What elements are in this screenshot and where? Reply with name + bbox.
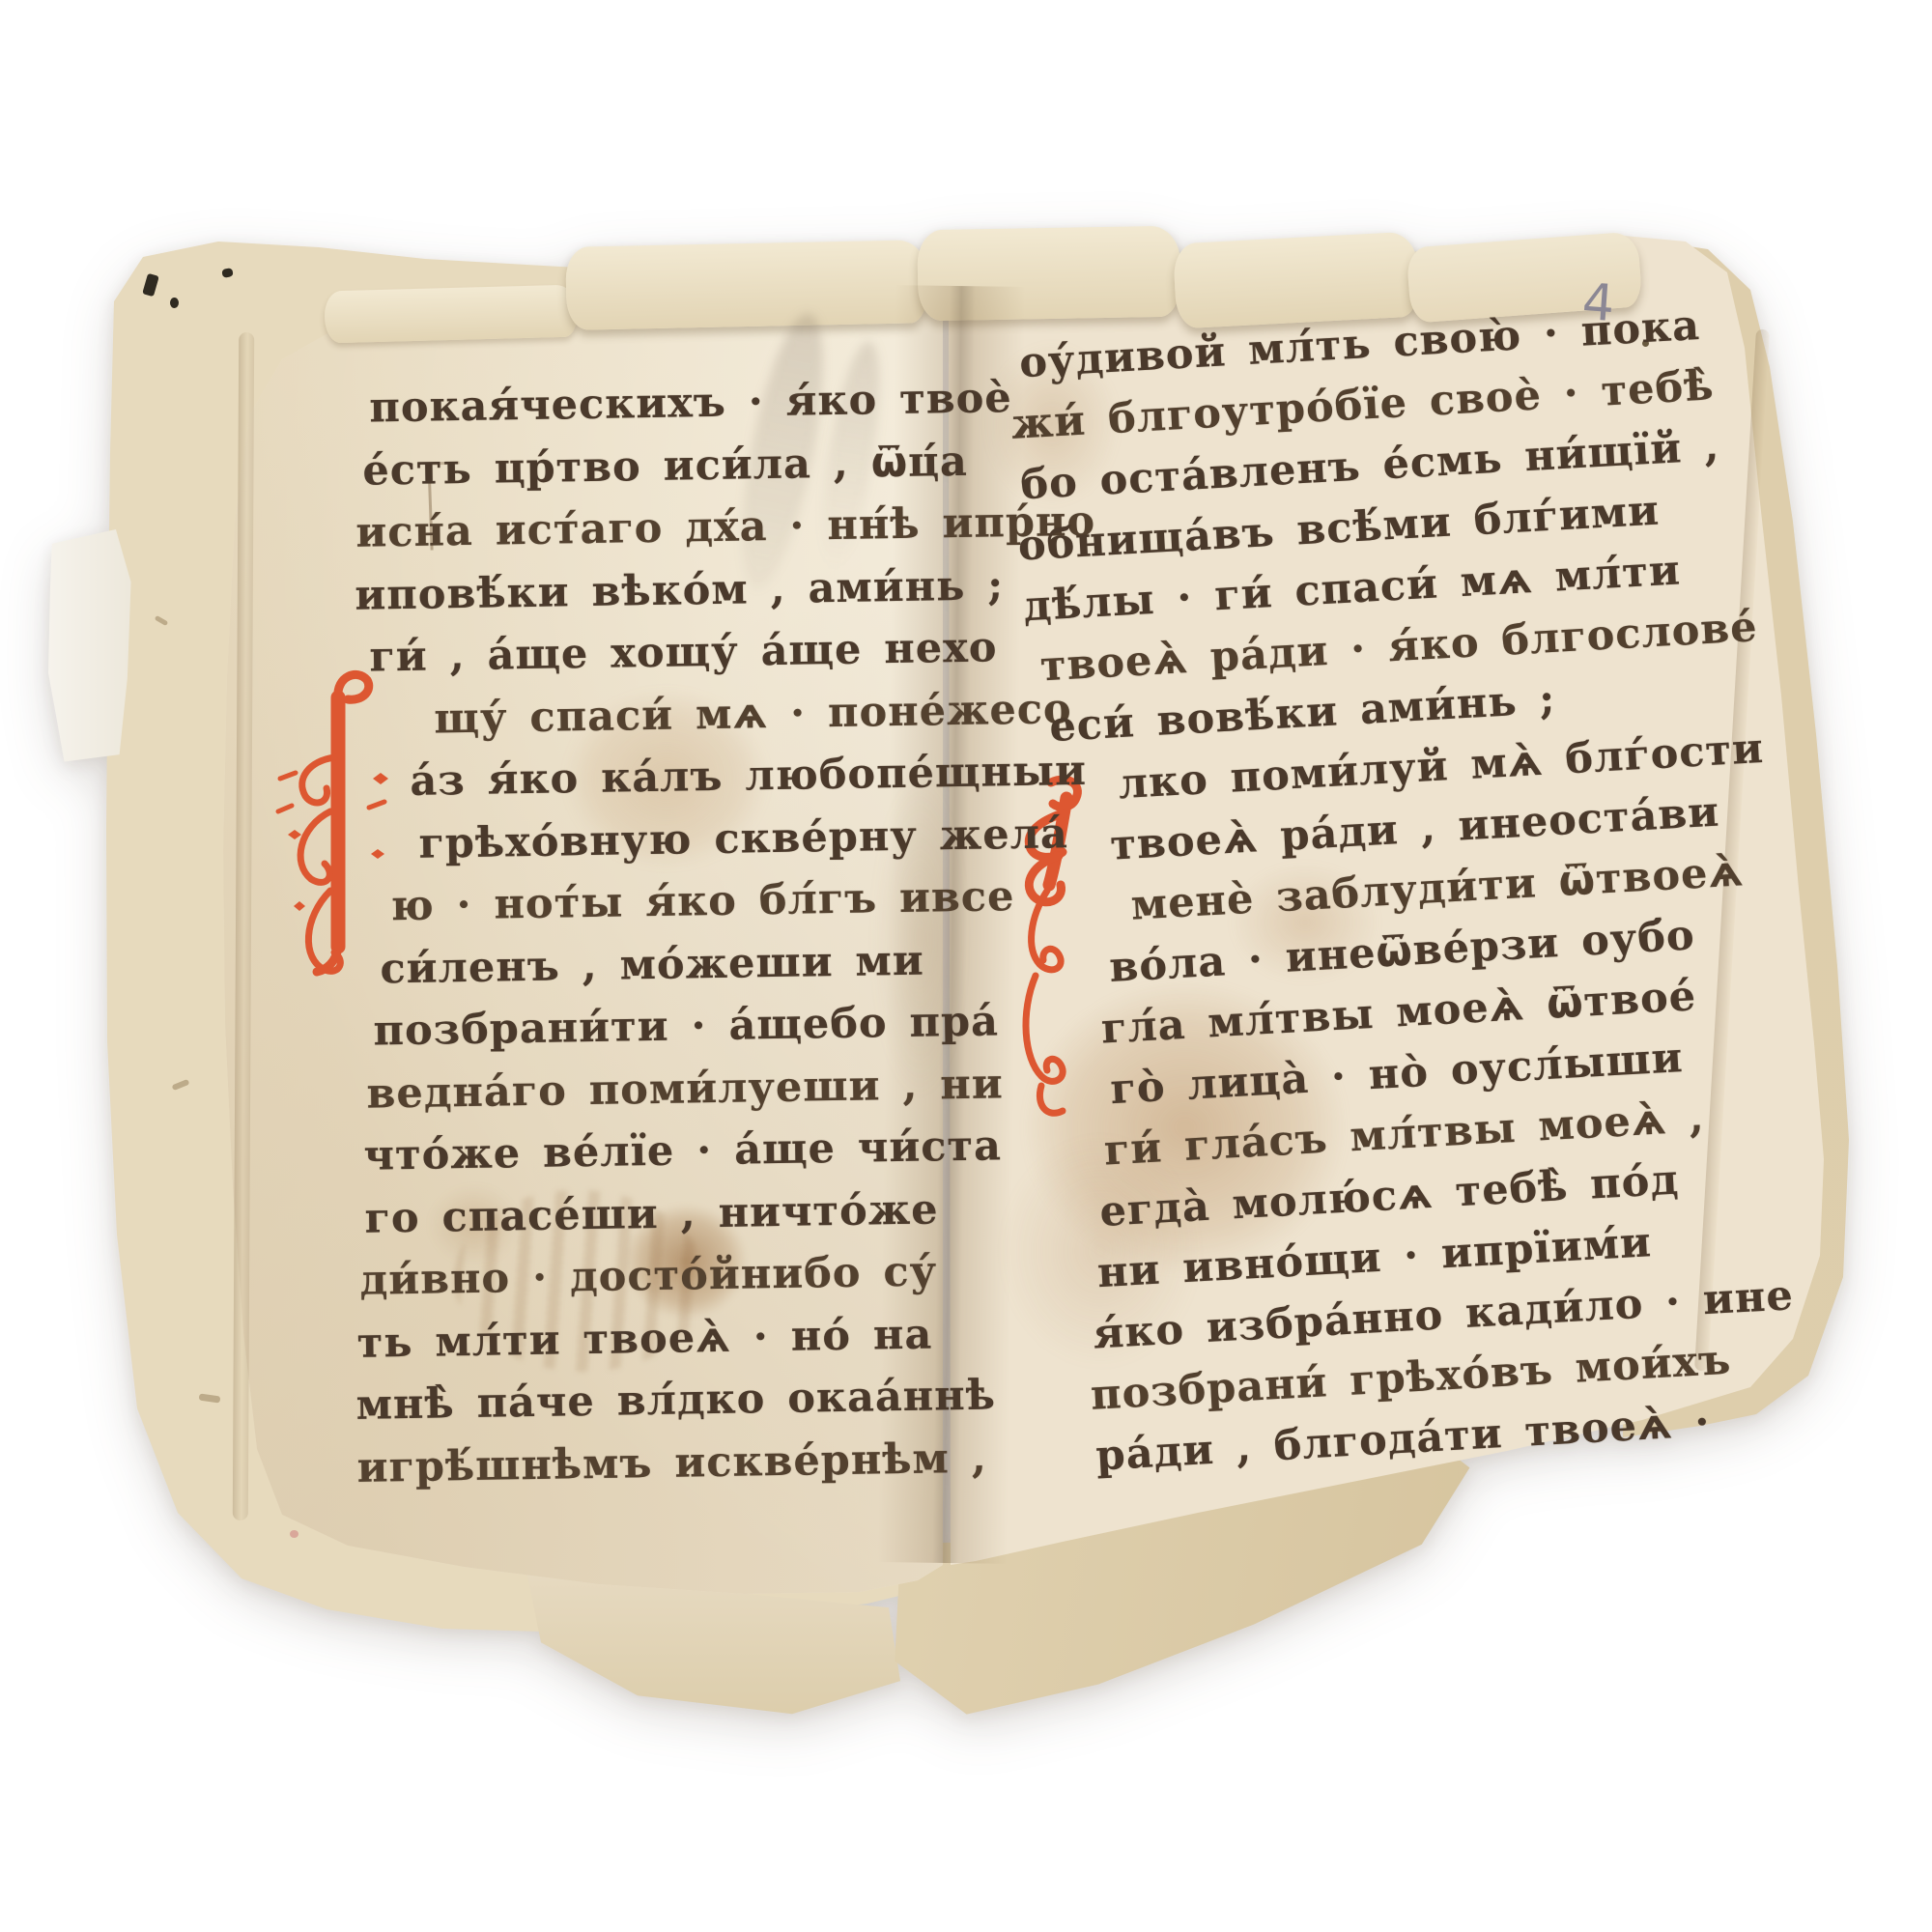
manuscript-line: грѣхо́вную скве́рну жела́ — [418, 810, 1068, 868]
manuscript-line: ведна́го поми́луеши , ни — [366, 1060, 1004, 1118]
pigment-fleck — [290, 1530, 298, 1538]
manuscript-line: иповѣ́ки вѣко́м , ами́нь ; — [355, 561, 1004, 620]
manuscript-line: а́з я́ко ка́лъ любопе́щныи — [410, 747, 1087, 806]
folded-page-edge — [565, 240, 928, 330]
manuscript-line: ги́ , а́ще хощу́ а́ще нехо — [369, 623, 998, 681]
manuscript-line: го спасе́ши , ничто́же — [364, 1185, 939, 1242]
manuscript-line: позбрани́ти · а́щебо пра́ — [373, 997, 999, 1055]
manuscript-line: щу́ спаси́ мѧ · поне́жесо — [434, 685, 1072, 743]
folded-page-edge — [1173, 231, 1420, 328]
manuscript-line: ю · нот́ы я́ко бл́гъ ивсе — [390, 872, 1015, 930]
manuscript-line: ть мл́ти твоеѧ̀ · но́ на — [356, 1310, 932, 1367]
manuscript-line: исн́а ист́аго дх́а · нн́ѣ ипр́но — [355, 497, 1095, 557]
pencil-page-number: 4 — [1580, 273, 1616, 333]
folded-page-edge — [324, 285, 578, 344]
manuscript-line: е́сть цр́тво иси́ла , ѿц́а — [362, 438, 968, 496]
manuscript-line: ди́вно · досто́йнибо су́ — [359, 1247, 937, 1304]
manuscript-line: си́ленъ , мо́жеши ми — [380, 937, 924, 994]
manuscript-book: Г В — [0, 0, 1932, 1932]
right-page-text: оу́дивой мл́ть свою̀ · пока жи́ блгоутро… — [1007, 299, 1807, 1546]
ink-speck — [170, 298, 179, 308]
manuscript-line: мнѣ̀ па́че вл́дко окаа́ннѣ — [355, 1371, 996, 1429]
left-page-text: покая́ческихъ · я́ко твоѐ е́сть цр́тво и… — [340, 374, 1035, 1544]
manuscript-line: что́же ве́лїе · а́ще чи́ста — [363, 1122, 1002, 1179]
manuscript-line: покая́ческихъ · я́ко твоѐ — [369, 374, 1012, 432]
photo-stage: Г В — [0, 0, 1932, 1932]
manuscript-line: игрѣ́шнѣмъ искве́рнѣм , — [356, 1435, 987, 1492]
